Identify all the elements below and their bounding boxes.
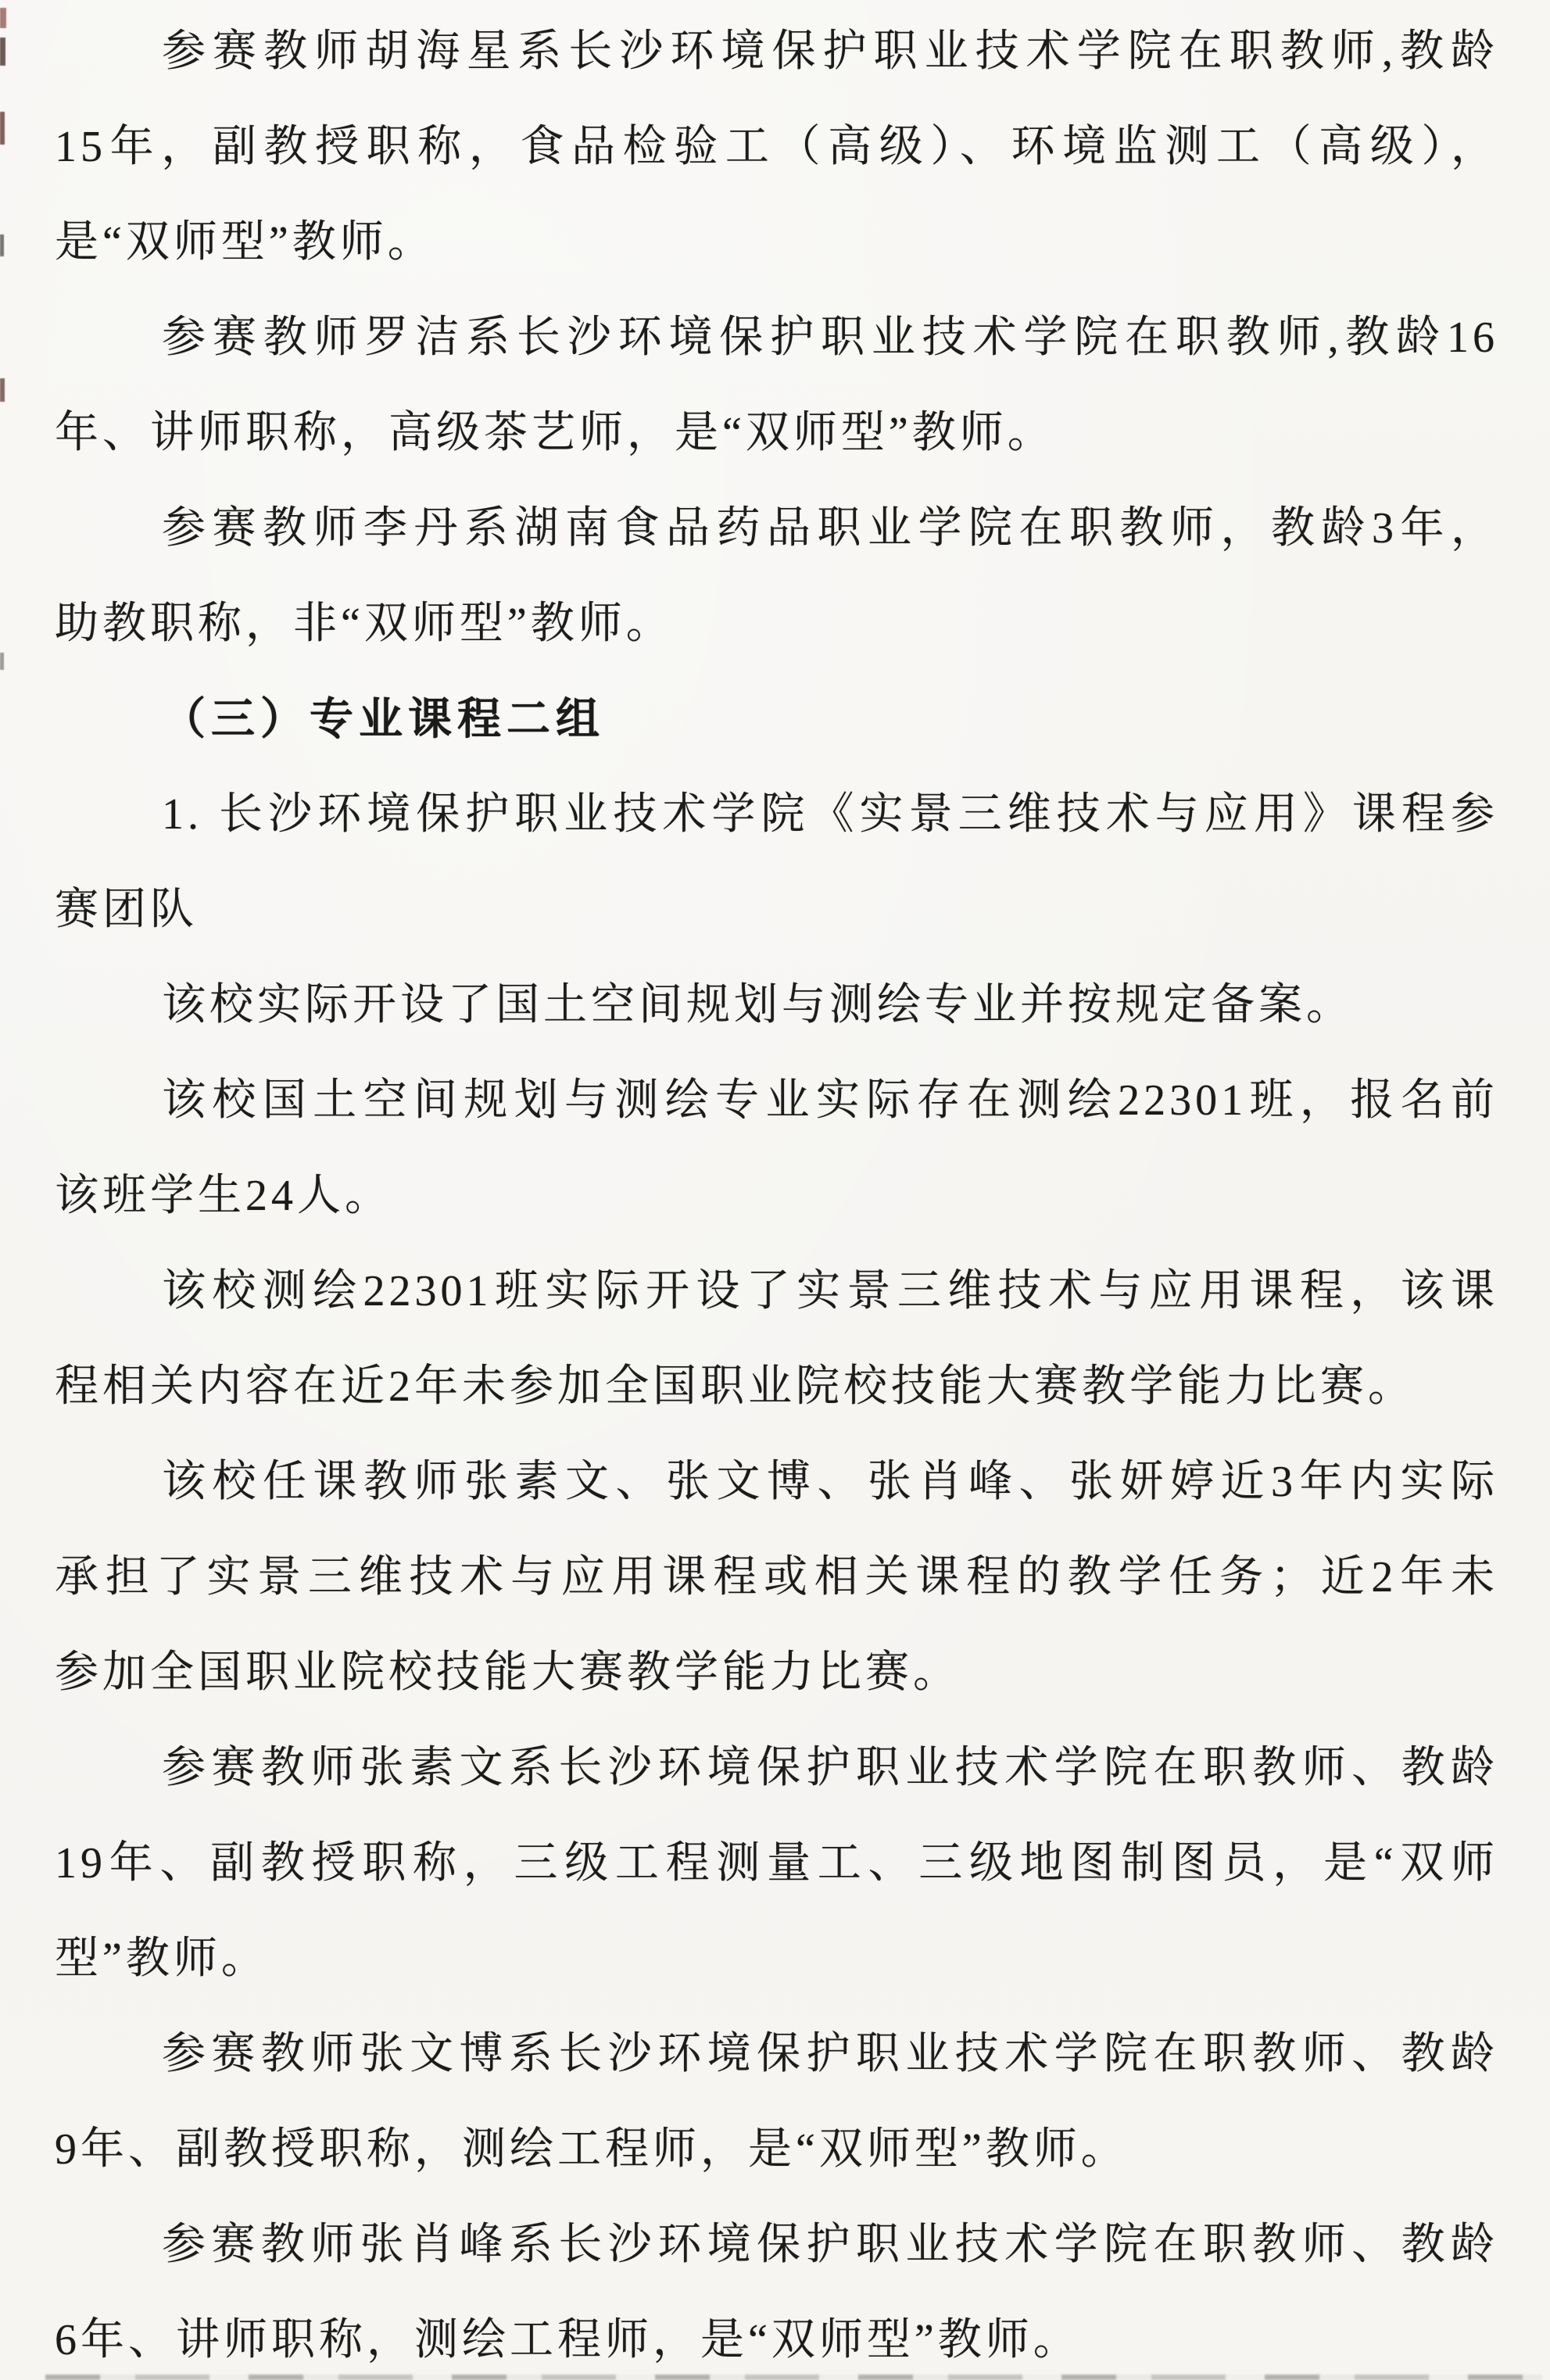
text-line: 参赛教师胡海星系长沙环境保护职业技术学院在职教师,教龄: [55, 26, 1498, 84]
scan-edge-artifact: [0, 8, 6, 28]
text-line: 是“双师型”教师。: [55, 217, 1498, 274]
text-line: 该校实际开设了国土空间规划与测绘专业并按规定备案。: [55, 979, 1498, 1037]
text-line: 赛团队: [55, 884, 1498, 942]
text-line: 参加全国职业院校技能大赛教学能力比赛。: [55, 1647, 1498, 1705]
text-line: 该校国土空间规划与测绘专业实际存在测绘22301班，报名前: [55, 1075, 1498, 1133]
text-line: 19年、副教授职称，三级工程测量工、三级地图制图员，是“双师: [55, 1838, 1498, 1895]
scan-edge-artifact: [0, 653, 4, 670]
scan-bottom-artifact: [45, 2375, 1542, 2380]
text-line: 助教职称，非“双师型”教师。: [55, 598, 1498, 656]
scan-edge-artifact: [0, 112, 5, 145]
scan-edge-artifact: [0, 234, 4, 256]
text-line: 1. 长沙环境保护职业技术学院《实景三维技术与应用》课程参: [55, 789, 1498, 846]
section-heading: （三）专业课程二组: [55, 693, 1498, 751]
text-line: 9年、副教授职称，测绘工程师，是“双师型”教师。: [55, 2124, 1498, 2181]
text-line: 参赛教师张肖峰系长沙环境保护职业技术学院在职教师、教龄: [55, 2219, 1498, 2277]
text-line: 15年，副教授职称，食品检验工（高级）、环境监测工（高级），: [55, 121, 1498, 179]
text-line: 该校任课教师张素文、张文博、张肖峰、张妍婷近3年内实际: [55, 1456, 1498, 1514]
scan-edge-artifact: [0, 38, 5, 66]
document-page: 参赛教师胡海星系长沙环境保护职业技术学院在职教师,教龄 15年，副教授职称，食品…: [0, 0, 1550, 2380]
text-line: 参赛教师张文博系长沙环境保护职业技术学院在职教师、教龄: [55, 2028, 1498, 2086]
text-line: 承担了实景三维技术与应用课程或相关课程的教学任务；近2年未: [55, 1551, 1498, 1609]
text-line: 6年、讲师职称，测绘工程师，是“双师型”教师。: [55, 2314, 1498, 2372]
text-line: 参赛教师张素文系长沙环境保护职业技术学院在职教师、教龄: [55, 1742, 1498, 1800]
text-line: 型”教师。: [55, 1933, 1498, 1991]
scan-edge-artifact: [0, 378, 5, 402]
text-line: 该班学生24人。: [55, 1170, 1498, 1228]
text-line: 程相关内容在近2年未参加全国职业院校技能大赛教学能力比赛。: [55, 1361, 1498, 1419]
text-line: 年、讲师职称，高级茶艺师，是“双师型”教师。: [55, 407, 1498, 465]
text-line: 参赛教师李丹系湖南食品药品职业学院在职教师，教龄3年，: [55, 503, 1498, 560]
text-line: 该校测绘22301班实际开设了实景三维技术与应用课程，该课: [55, 1265, 1498, 1323]
text-line: 参赛教师罗洁系长沙环境保护职业技术学院在职教师,教龄16: [55, 312, 1498, 370]
